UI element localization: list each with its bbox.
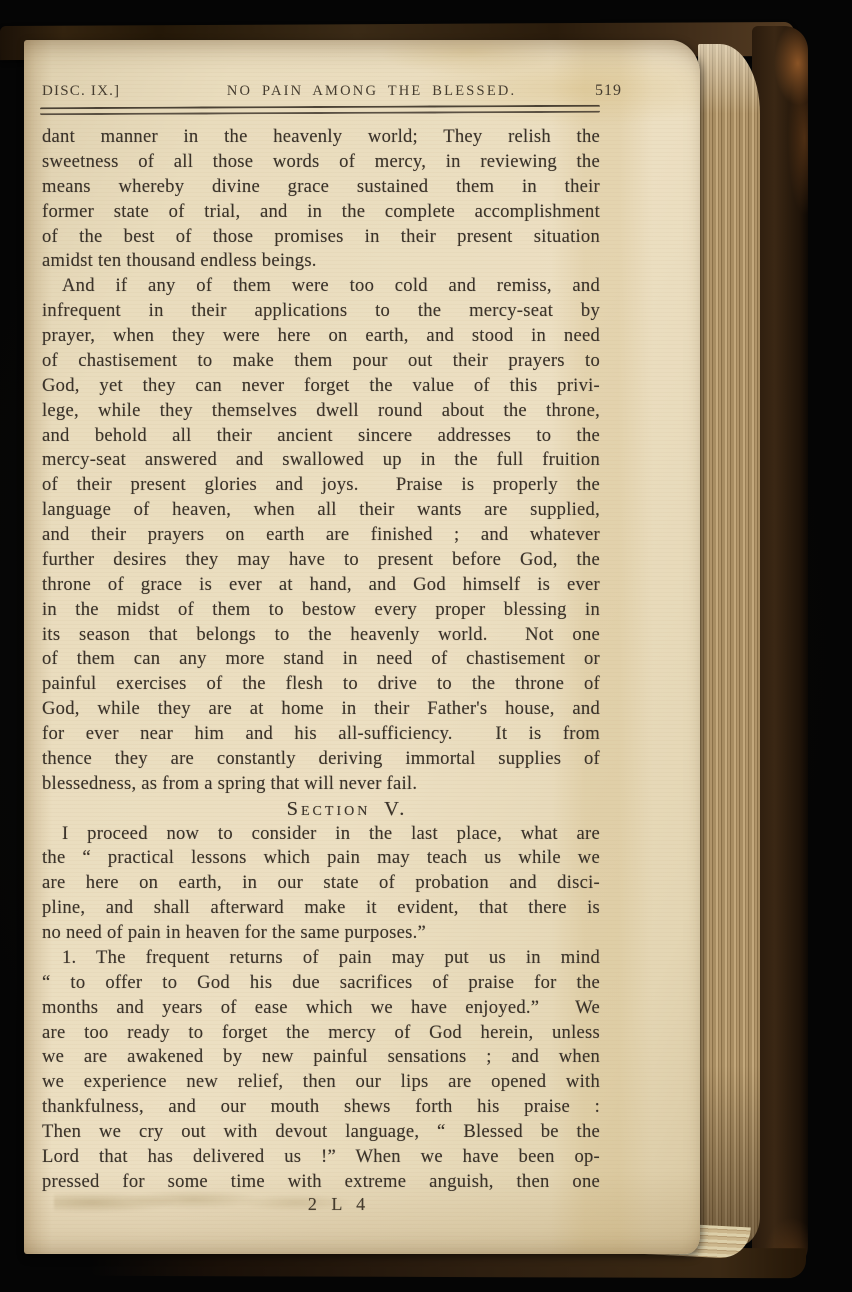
text-line: for ever near him and his all-sufficienc… — [42, 722, 600, 747]
text-line: dant manner in the heavenly world; They … — [42, 125, 600, 150]
text-line: of the best of those promises in their p… — [42, 225, 600, 250]
text-line: means whereby divine grace sustained the… — [42, 175, 600, 200]
text-line: are here on earth, in our state of proba… — [42, 871, 600, 896]
text-line: we experience new relief, then our lips … — [42, 1070, 600, 1095]
text-line: prayer, when they were here on earth, an… — [42, 324, 600, 349]
text-line: language of heaven, when all their wants… — [42, 498, 600, 523]
text-line: of their present glories and joys. Prais… — [42, 473, 600, 498]
text-block: dant manner in the heavenly world; They … — [42, 125, 600, 1195]
text-line: 1. The frequent returns of pain may put … — [42, 946, 600, 971]
page-fore-edge-stack — [698, 44, 760, 1246]
text-line: its season that belongs to the heavenly … — [42, 623, 600, 648]
text-line: no need of pain in heaven for the same p… — [42, 921, 600, 946]
text-line: And if any of them were too cold and rem… — [42, 274, 600, 299]
section-heading: Section V. — [68, 797, 626, 822]
text-line: “ to offer to God his due sacrifices of … — [42, 971, 600, 996]
scan-background: DISC. IX.] NO PAIN AMONG THE BLESSED. 51… — [0, 0, 852, 1292]
text-line: thence they are constantly deriving immo… — [42, 747, 600, 772]
text-line: and behold all their ancient sincere add… — [42, 424, 600, 449]
double-rule — [40, 105, 600, 115]
text-line: amidst ten thousand endless beings. — [42, 249, 600, 274]
text-line: God, while they are at home in their Fat… — [42, 697, 600, 722]
text-line: former state of trial, and in the comple… — [42, 200, 600, 225]
text-line: I proceed now to consider in the last pl… — [42, 822, 600, 847]
text-line: in the midst of them to bestow every pro… — [42, 598, 600, 623]
text-line: the “ practical lessons which pain may t… — [42, 846, 600, 871]
text-line: Then we cry out with devout language, “ … — [42, 1120, 600, 1145]
text-line: further desires they may have to present… — [42, 548, 600, 573]
text-line: thankfulness, and our mouth shews forth … — [42, 1095, 600, 1120]
discourse-label: DISC. IX.] — [42, 83, 120, 100]
text-line: infrequent in their applications to the … — [42, 299, 600, 324]
text-line: and their prayers on earth are finished … — [42, 523, 600, 548]
text-line: painful exercises of the flesh to drive … — [42, 672, 600, 697]
book-page: DISC. IX.] NO PAIN AMONG THE BLESSED. 51… — [24, 40, 700, 1254]
text-line: Lord that has delivered us !” When we ha… — [42, 1145, 600, 1170]
book-cover-right-edge — [752, 26, 808, 1272]
text-line: mercy-seat answered and swallowed up in … — [42, 448, 600, 473]
text-line: sweetness of all those words of mercy, i… — [42, 150, 600, 175]
running-head: DISC. IX.] NO PAIN AMONG THE BLESSED. 51… — [42, 82, 622, 100]
text-line: are too ready to forget the mercy of God… — [42, 1021, 600, 1046]
signature-mark: 2 L 4 — [60, 1194, 618, 1215]
text-line: we are awakened by new painful sensation… — [42, 1045, 600, 1070]
text-line: God, yet they can never forget the value… — [42, 374, 600, 399]
text-line: throne of grace is ever at hand, and God… — [42, 573, 600, 598]
text-line: of them can any more stand in need of ch… — [42, 647, 600, 672]
text-line: lege, while they themselves dwell round … — [42, 399, 600, 424]
text-line: pline, and shall afterward make it evide… — [42, 896, 600, 921]
text-line: months and years of ease which we have e… — [42, 996, 600, 1021]
running-title: NO PAIN AMONG THE BLESSED. — [134, 83, 609, 100]
text-line: of chastisement to make them pour out th… — [42, 349, 600, 374]
text-line: blessedness, as from a spring that will … — [42, 772, 600, 797]
